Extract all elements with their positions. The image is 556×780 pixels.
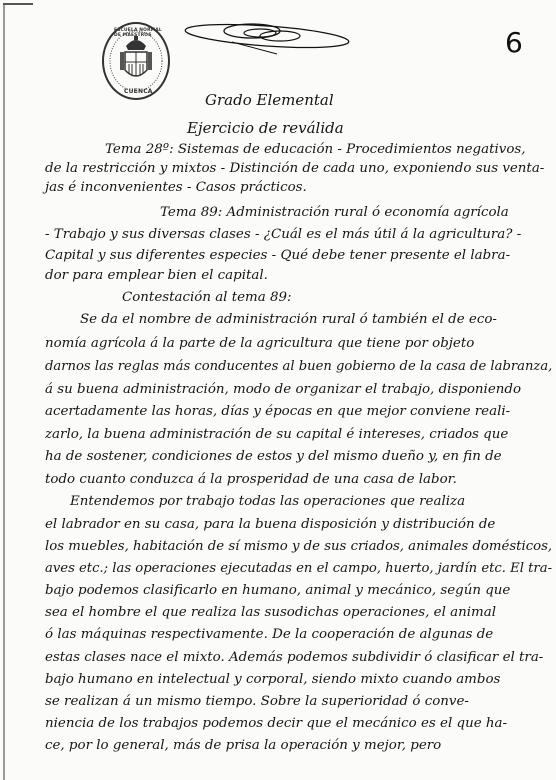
manuscript-page: ESCUELA NORMAL DE MAESTROS CUENCA 6 Grad… xyxy=(0,0,556,780)
document-title: Grado Elemental xyxy=(205,92,334,108)
text-line: ha de sostener, condiciones de estos y d… xyxy=(45,449,502,465)
text-line: aves etc.; las operaciones ejecutadas en… xyxy=(45,561,552,577)
text-line: de la restricción y mixtos - Distinción … xyxy=(45,161,544,177)
left-margin-line xyxy=(3,4,5,780)
text-line: Capital y sus diferentes especies - Qué … xyxy=(45,248,510,264)
text-line: Tema 89: Administración rural ó economía… xyxy=(160,205,509,221)
section-heading: Contestación al tema 89: xyxy=(122,290,292,306)
text-line: ce, por lo general, más de prisa la oper… xyxy=(45,738,441,754)
text-line: jas é inconvenientes - Casos prácticos. xyxy=(45,180,307,196)
text-line: niencia de los trabajos podemos decir qu… xyxy=(45,716,507,732)
text-line: Se da el nombre de administración rural … xyxy=(80,312,497,328)
text-line: Tema 28º: Sistemas de educación - Proced… xyxy=(105,142,526,158)
text-line: nomía agrícola á la parte de la agricult… xyxy=(45,336,474,352)
text-line: darnos las reglas más conducentes al bue… xyxy=(45,359,552,375)
text-line: estas clases nace el mixto. Además podem… xyxy=(45,650,543,666)
text-line: zarlo, la buena administración de su cap… xyxy=(45,427,508,443)
text-line: bajo humano en intelectual y corporal, s… xyxy=(45,672,500,688)
text-line: se realizan á un mismo tiempo. Sobre la … xyxy=(45,694,469,710)
text-line: todo cuanto conduzca á la prosperidad de… xyxy=(45,472,457,488)
text-line: - Trabajo y sus diversas clases - ¿Cuál … xyxy=(45,227,521,243)
text-line: sea el hombre el que realiza las susodic… xyxy=(45,605,496,621)
school-seal-stamp: ESCUELA NORMAL DE MAESTROS CUENCA xyxy=(102,22,170,100)
text-line: el labrador en su casa, para la buena di… xyxy=(45,517,495,533)
text-line: acertadamente las horas, días y épocas e… xyxy=(45,404,510,420)
page-corner-mark xyxy=(3,3,33,5)
text-line: bajo podemos clasificarlo en humano, ani… xyxy=(45,583,510,599)
page-number: 6 xyxy=(505,26,523,59)
document-subtitle: Ejercicio de reválida xyxy=(187,120,344,136)
seal-text-bottom: CUENCA xyxy=(124,88,153,95)
signature-flourish-icon xyxy=(182,18,352,58)
text-line: ó las máquinas respectivamente. De la co… xyxy=(45,627,493,643)
text-line: dor para emplear bien el capital. xyxy=(45,268,268,284)
seal-text-top: ESCUELA NORMAL DE MAESTROS xyxy=(114,28,168,38)
text-line: á su buena administración, modo de organ… xyxy=(45,382,521,398)
text-line: los muebles, habitación de sí mismo y de… xyxy=(45,539,552,555)
text-line: Entendemos por trabajo todas las operaci… xyxy=(70,494,465,510)
